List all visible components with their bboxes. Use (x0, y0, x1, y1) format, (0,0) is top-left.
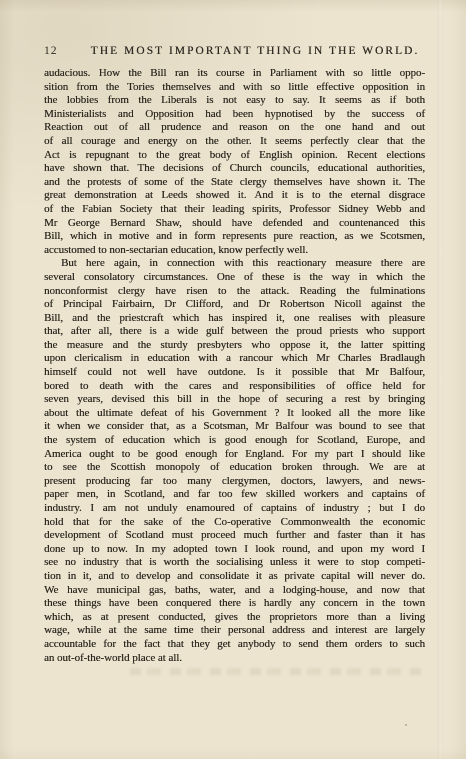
text-line: which, as at present conducted, gives th… (44, 611, 425, 625)
text-line: these things have been conquered there i… (44, 597, 425, 611)
text-block: audacious. How the Bill ran its course i… (44, 67, 425, 665)
text-line: America ought to be good enough for Engl… (44, 448, 425, 462)
text-line: several consolatory circumstances. One o… (44, 271, 425, 285)
page-number: 12 (44, 44, 86, 57)
text-line: accountable for the fact that they get a… (44, 638, 425, 652)
page-crease (438, 0, 442, 759)
text-line: tion in it, and to develop and consolida… (44, 570, 425, 584)
text-line: see no industry that is worth the social… (44, 556, 425, 570)
text-line: about the ultimate defeat of his Governm… (44, 407, 425, 421)
text-line: upon clericalism in education with a ran… (44, 352, 425, 366)
text-line: development of Scotland must proceed muc… (44, 529, 425, 543)
text-line: seven years, devised this bill in the ho… (44, 393, 425, 407)
text-line: of all courage and energy on the other. … (44, 135, 425, 149)
text-line: Mr George Bernard Shaw, should have defe… (44, 217, 425, 231)
text-line: We have municipal gas, baths, water, and… (44, 584, 425, 598)
text-line: Act is repugnant to the great body of En… (44, 149, 425, 163)
text-line: the lobbies from the Liberals is not eas… (44, 94, 425, 108)
text-line: nonconformist clergy have risen to the a… (44, 285, 425, 299)
text-line: Bill, and the priestcraft which has insp… (44, 312, 425, 326)
text-line: that, after all, there is a wide gulf be… (44, 325, 425, 339)
text-line: an out-of-the-world place at all. (44, 652, 425, 666)
text-line: industry. I am not unduly enamoured of c… (44, 502, 425, 516)
text-line: sition from the Tories themselves and wi… (44, 81, 425, 95)
text-line: But here again, in connection with this … (44, 257, 425, 271)
page-header: 12 THE MOST IMPORTANT THING IN THE WORLD… (44, 44, 424, 57)
text-line: Reaction out of all prudence and reason … (44, 121, 425, 135)
text-line: it when we consider that, as a Scotsman,… (44, 420, 425, 434)
paragraph: audacious. How the Bill ran its course i… (44, 67, 425, 257)
text-line: and the protests of some of the State cl… (44, 176, 425, 190)
text-line: great demonstration at Leeds showed it. … (44, 189, 425, 203)
paper-speck (405, 724, 407, 726)
text-line: Ministerialists and Opposition had been … (44, 108, 425, 122)
running-title: THE MOST IMPORTANT THING IN THE WORLD. (86, 45, 424, 57)
text-line: present producing far too many clergymen… (44, 475, 425, 489)
text-line: the measure and the sturdy presbyters wh… (44, 339, 425, 353)
scanned-book-page: 12 THE MOST IMPORTANT THING IN THE WORLD… (0, 0, 466, 759)
text-line: to see the Scottish monopoly of educatio… (44, 461, 425, 475)
text-line: bored to death with the cares and respon… (44, 380, 425, 394)
text-line: himself could not well have outdone. Is … (44, 366, 425, 380)
text-line: Bill, which in motive and in form repres… (44, 230, 425, 244)
paragraph: But here again, in connection with this … (44, 257, 425, 665)
ink-bleed-through (130, 668, 425, 675)
text-line: of Principal Fairbairn, Dr Clifford, and… (44, 298, 425, 312)
text-line: audacious. How the Bill ran its course i… (44, 67, 425, 81)
text-line: the system of education which is good en… (44, 434, 425, 448)
text-line: accustomed to non-sectarian education, k… (44, 244, 425, 258)
text-line: wage, while at the same time their perso… (44, 624, 425, 638)
text-line: of the Fabian Society that their leading… (44, 203, 425, 217)
text-line: paper men, in Scotland, and far too few … (44, 488, 425, 502)
text-line: hold that for the sake of the Co-operati… (44, 516, 425, 530)
text-line: done up to now. In my adopted town I loo… (44, 543, 425, 557)
text-line: have shown that. The decisions of Church… (44, 162, 425, 176)
